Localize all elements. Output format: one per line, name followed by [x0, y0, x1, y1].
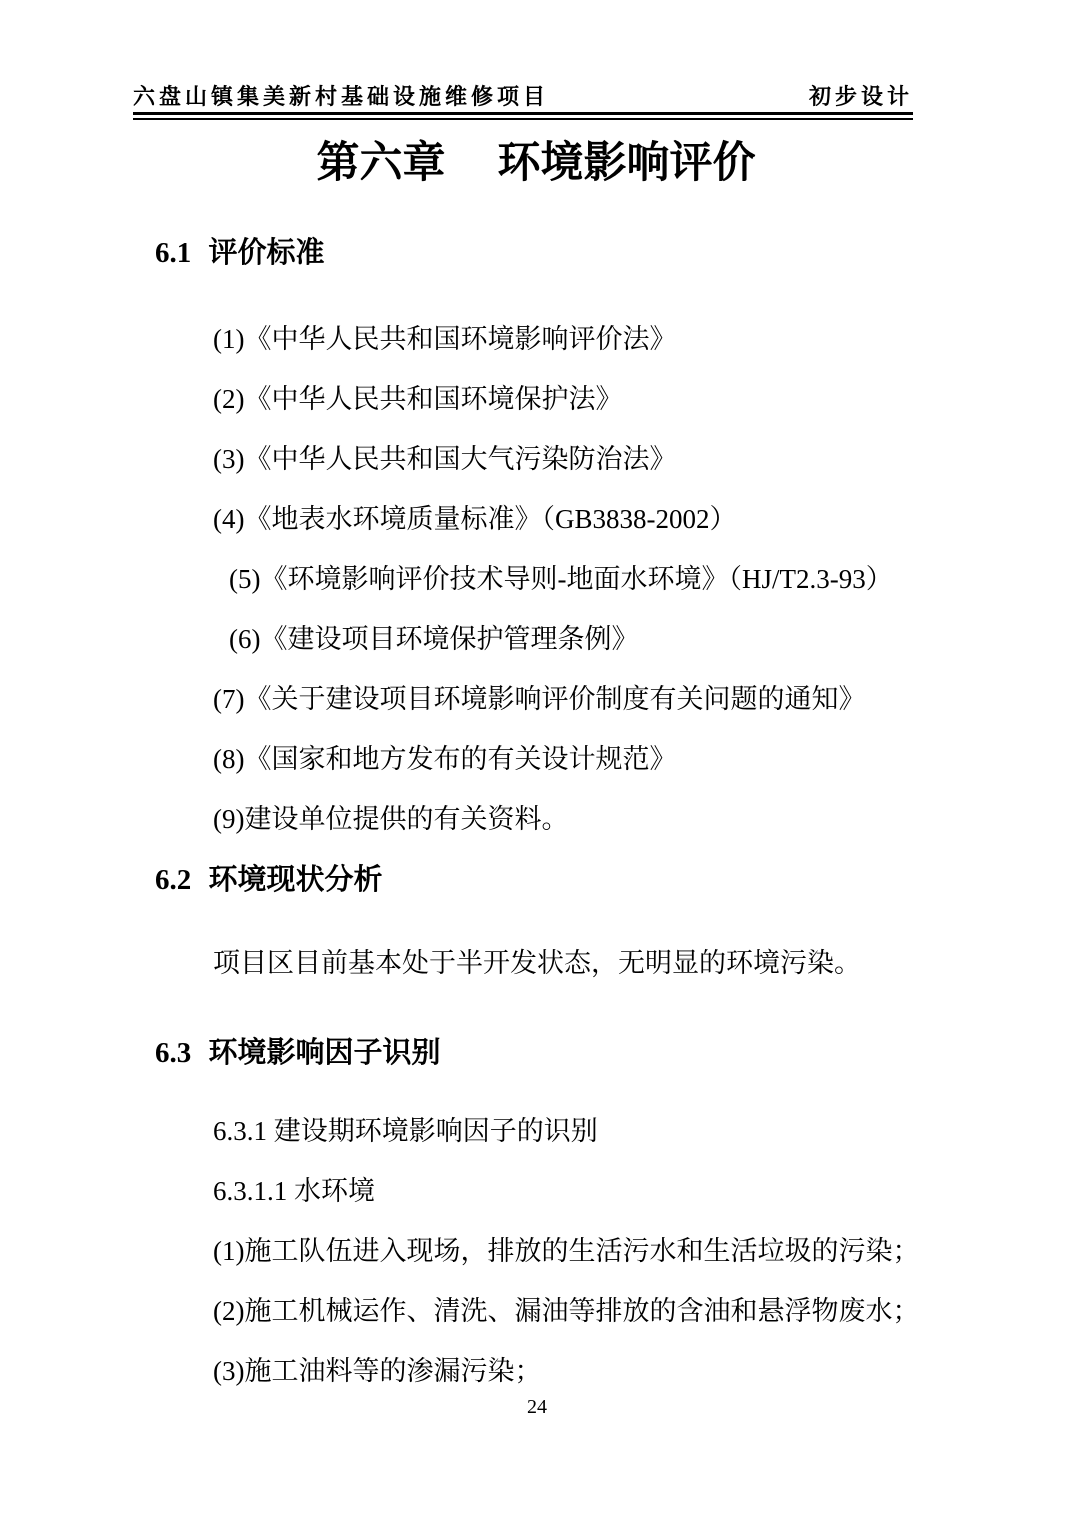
- standard-item: (4)《地表水环境质量标准》（GB3838-2002）: [213, 503, 917, 536]
- page-content: 第六章 环境影响评价 6.1 评价标准 (1)《中华人民共和国环境影响评价法》 …: [155, 135, 917, 1415]
- section-heading-6-1: 6.1 评价标准: [155, 237, 917, 270]
- page-number: 24: [527, 1396, 547, 1418]
- impact-item: (1)施工队伍进入现场，排放的生活污水和生活垃圾的污染；: [213, 1235, 917, 1268]
- chapter-number: 第六章: [317, 139, 446, 187]
- header-project-name: 六盘山镇集美新村基础设施维修项目: [133, 80, 549, 111]
- document-page: 六盘山镇集美新村基础设施维修项目 初步设计 第六章 环境影响评价 6.1 评价标…: [0, 0, 1074, 1520]
- section-title: 评价标准: [209, 237, 325, 269]
- standard-item: (1)《中华人民共和国环境影响评价法》: [213, 323, 917, 356]
- impact-item: (3)施工油料等的渗漏污染；: [213, 1355, 917, 1388]
- standard-item: (2)《中华人民共和国环境保护法》: [213, 383, 917, 416]
- status-analysis-paragraph: 项目区目前基本处于半开发状态，无明显的环境污染。: [213, 947, 917, 980]
- subsection-heading-6-3-1: 6.3.1 建设期环境影响因子的识别: [213, 1115, 917, 1148]
- section-title: 环境影响因子识别: [209, 1037, 441, 1069]
- header-stage-label: 初步设计: [809, 80, 913, 111]
- chapter-title: 第六章 环境影响评价: [155, 140, 917, 187]
- standard-item: (5)《环境影响评价技术导则-地面水环境》（HJ/T2.3-93）: [229, 563, 917, 596]
- section-heading-6-2: 6.2 环境现状分析: [155, 864, 917, 897]
- section-title: 环境现状分析: [209, 864, 383, 896]
- chapter-name: 环境影响评价: [497, 139, 755, 187]
- impact-factor-list: (1)施工队伍进入现场，排放的生活污水和生活垃圾的污染； (2)施工机械运作、清…: [155, 1235, 917, 1388]
- standards-list: (1)《中华人民共和国环境影响评价法》 (2)《中华人民共和国环境保护法》 (3…: [155, 323, 917, 836]
- page-footer: 24: [0, 1396, 1074, 1419]
- standard-item: (9)建设单位提供的有关资料。: [213, 803, 917, 836]
- subsection-heading-6-3-1-1: 6.3.1.1 水环境: [213, 1175, 917, 1208]
- standard-item: (7)《关于建设项目环境影响评价制度有关问题的通知》: [213, 683, 917, 716]
- standard-item: (8)《国家和地方发布的有关设计规范》: [213, 743, 917, 776]
- standard-item: (6)《建设项目环境保护管理条例》: [229, 623, 917, 656]
- section-heading-6-3: 6.3 环境影响因子识别: [155, 1037, 917, 1070]
- standard-item: (3)《中华人民共和国大气污染防治法》: [213, 443, 917, 476]
- running-header: 六盘山镇集美新村基础设施维修项目 初步设计: [133, 80, 913, 111]
- impact-item: (2)施工机械运作、清洗、漏油等排放的含油和悬浮物废水；: [213, 1295, 917, 1328]
- section-number: 6.1: [155, 237, 191, 269]
- header-divider-line: [133, 112, 913, 120]
- section-number: 6.3: [155, 1037, 191, 1069]
- section-number: 6.2: [155, 864, 191, 896]
